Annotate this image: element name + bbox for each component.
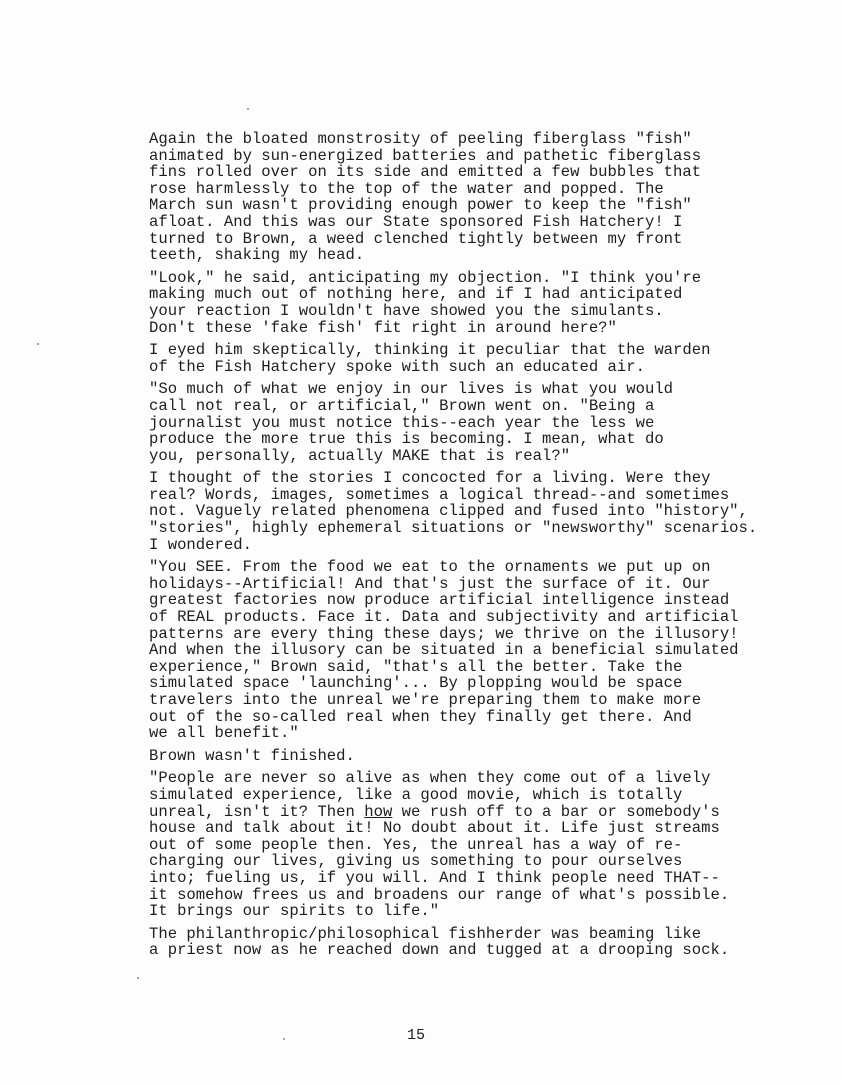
page-number: 15 bbox=[407, 1027, 425, 1044]
text-line: call not real, or artificial," Brown wen… bbox=[149, 398, 829, 415]
text-line: I thought of the stories I concocted for… bbox=[149, 470, 829, 487]
text-line: of the Fish Hatchery spoke with such an … bbox=[149, 359, 829, 376]
paragraph-9: The philanthropic/philosophical fishherd… bbox=[149, 926, 829, 959]
text-line: we all benefit." bbox=[149, 725, 829, 742]
paragraph-1: Again the bloated monstrosity of peeling… bbox=[149, 131, 829, 264]
text-line: not. Vaguely related phenomena clipped a… bbox=[149, 503, 829, 520]
text-line: patterns are every thing these days; we … bbox=[149, 626, 829, 643]
text-line: real? Words, images, sometimes a logical… bbox=[149, 487, 829, 504]
text-line: animated by sun-energized batteries and … bbox=[149, 148, 829, 165]
text-line: I wondered. bbox=[149, 537, 829, 554]
scan-speck bbox=[283, 1038, 285, 1040]
paragraph-2: "Look," he said, anticipating my objecti… bbox=[149, 270, 829, 336]
text-line: rose harmlessly to the top of the water … bbox=[149, 181, 829, 198]
body-text: Again the bloated monstrosity of peeling… bbox=[149, 131, 829, 965]
text-line: produce the more true this is becoming. … bbox=[149, 431, 829, 448]
paragraph-5: I thought of the stories I concocted for… bbox=[149, 470, 829, 553]
underlined-word: how bbox=[364, 803, 392, 821]
text-line: Brown wasn't finished. bbox=[149, 748, 829, 765]
text-line: "Look," he said, anticipating my objecti… bbox=[149, 270, 829, 287]
text-line: teeth, shaking my head. bbox=[149, 247, 829, 264]
text-run: we rush off to a bar or somebody's house… bbox=[149, 803, 729, 921]
text-line: of REAL products. Face it. Data and subj… bbox=[149, 609, 829, 626]
text-line: March sun wasn't providing enough power … bbox=[149, 197, 829, 214]
paragraph-3: I eyed him skeptically, thinking it pecu… bbox=[149, 342, 829, 375]
scan-speck bbox=[603, 932, 605, 934]
text-line: holidays--Artificial! And that's just th… bbox=[149, 576, 829, 593]
text-line: simulated space 'launching'... By ploppi… bbox=[149, 675, 829, 692]
paragraph-4: "So much of what we enjoy in our lives i… bbox=[149, 381, 829, 464]
document-page: Again the bloated monstrosity of peeling… bbox=[0, 0, 841, 1085]
paragraph-8: "People are never so alive as when they … bbox=[149, 770, 829, 919]
text-line: journalist you must notice this--each ye… bbox=[149, 415, 829, 432]
text-line: greatest factories now produce artificia… bbox=[149, 592, 829, 609]
text-line: making much out of nothing here, and if … bbox=[149, 286, 829, 303]
paragraph-6: "You SEE. From the food we eat to the or… bbox=[149, 559, 829, 742]
text-line: "stories", highly ephemeral situations o… bbox=[149, 520, 829, 537]
text-line: out of the so-called real when they fina… bbox=[149, 709, 829, 726]
text-line: Again the bloated monstrosity of peeling… bbox=[149, 131, 829, 148]
text-line: a priest now as he reached down and tugg… bbox=[149, 942, 829, 959]
text-line: "So much of what we enjoy in our lives i… bbox=[149, 381, 829, 398]
scan-speck bbox=[37, 343, 39, 345]
text-line: turned to Brown, a weed clenched tightly… bbox=[149, 231, 829, 248]
scan-speck bbox=[137, 977, 139, 979]
paragraph-7: Brown wasn't finished. bbox=[149, 748, 829, 765]
text-line: afloat. And this was our State sponsored… bbox=[149, 214, 829, 231]
text-line: your reaction I wouldn't have showed you… bbox=[149, 303, 829, 320]
text-line: And when the illusory can be situated in… bbox=[149, 642, 829, 659]
text-line: you, personally, actually MAKE that is r… bbox=[149, 448, 829, 465]
text-line: The philanthropic/philosophical fishherd… bbox=[149, 926, 829, 943]
text-line: Don't these 'fake fish' fit right in aro… bbox=[149, 320, 829, 337]
text-line: "You SEE. From the food we eat to the or… bbox=[149, 559, 829, 576]
text-line: fins rolled over on its side and emitted… bbox=[149, 164, 829, 181]
text-line: I eyed him skeptically, thinking it pecu… bbox=[149, 342, 829, 359]
text-line: experience," Brown said, "that's all the… bbox=[149, 659, 829, 676]
text-line: travelers into the unreal we're preparin… bbox=[149, 692, 829, 709]
scan-speck bbox=[247, 108, 249, 110]
